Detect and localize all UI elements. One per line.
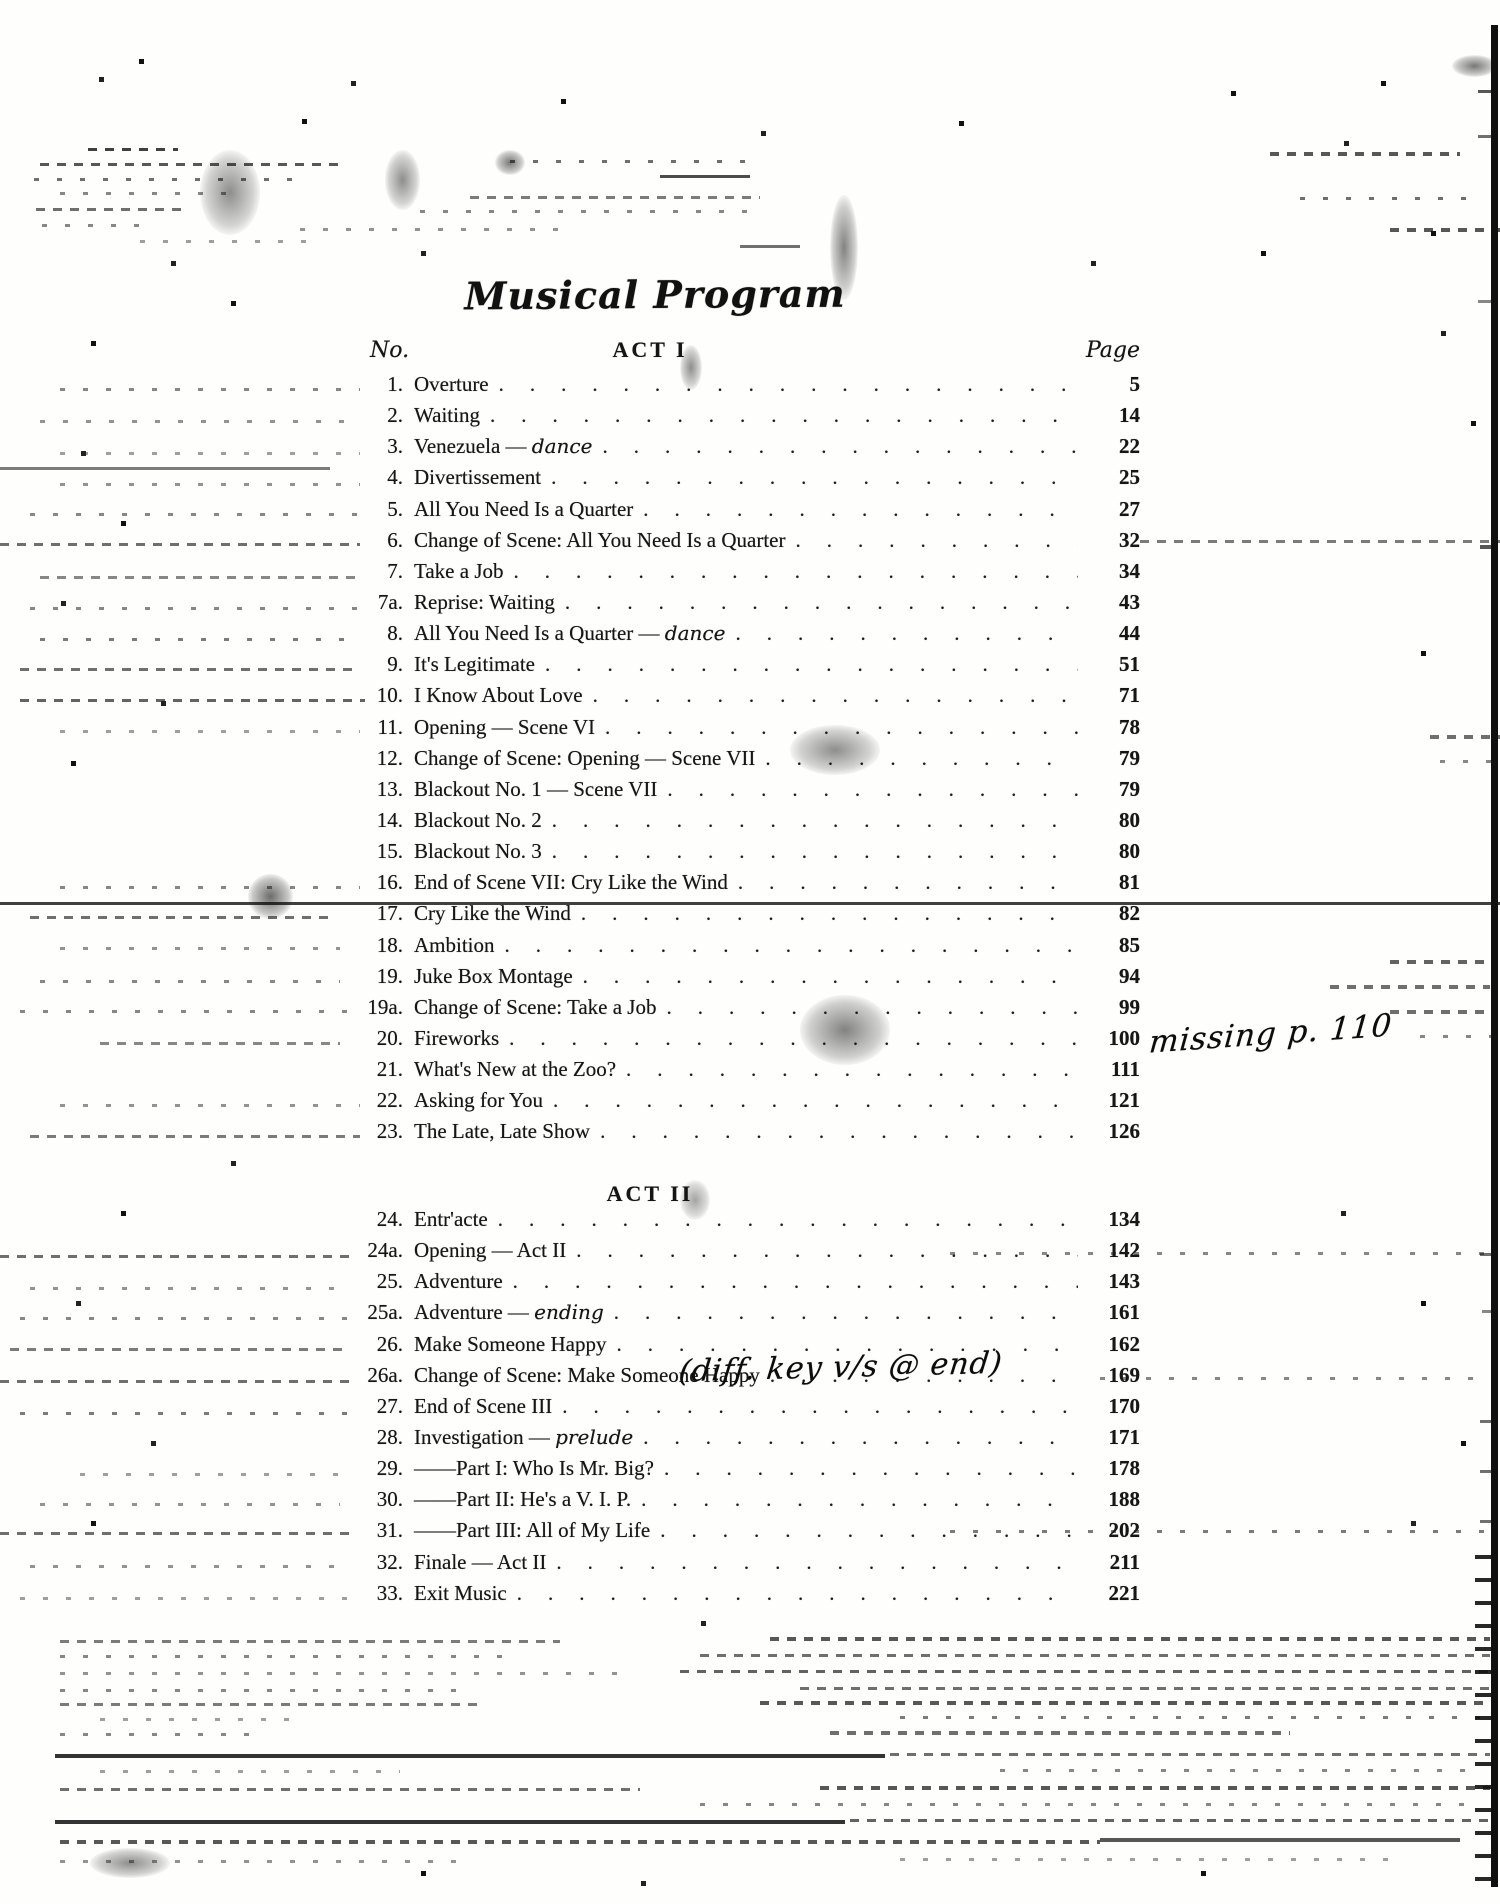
scan-artifact (60, 1640, 560, 1643)
item-page-number: 22 (1078, 434, 1140, 459)
item-title: Fireworks (414, 1026, 499, 1051)
program-row: 9.It's Legitimate.......................… (347, 652, 1140, 683)
item-page-number: 171 (1078, 1425, 1140, 1450)
item-title: Opening — Scene VI (414, 715, 595, 740)
program-row: 4.Divertissement........................… (347, 465, 1140, 496)
dot-leader: ........................................ (551, 465, 1078, 490)
item-number: 26. (347, 1332, 414, 1357)
dot-leader: ........................................ (581, 901, 1078, 926)
item-number: 33. (347, 1581, 414, 1606)
scan-artifact (470, 196, 760, 199)
scan-artifact (20, 668, 360, 671)
item-title: Entr'acte (414, 1207, 488, 1232)
program-row: 13.Blackout No. 1 — Scene VII...........… (347, 777, 1140, 808)
item-title: Make Someone Happy (414, 1332, 606, 1357)
item-title: Cry Like the Wind (414, 901, 571, 926)
item-title: End of Scene III (414, 1394, 552, 1419)
item-page-number: 81 (1078, 870, 1140, 895)
item-number: 17. (347, 901, 414, 926)
scan-artifact (140, 240, 320, 243)
program-row: 30.——Part II: He's a V. I. P............… (347, 1487, 1140, 1518)
program-row: 3.Venezuela — dance.....................… (347, 434, 1140, 465)
scan-artifact (1300, 197, 1470, 200)
scan-artifact (60, 1703, 480, 1706)
dot-leader: ........................................ (735, 621, 1078, 646)
dot-leader: ........................................ (605, 715, 1078, 740)
column-header-number: No. (370, 338, 409, 363)
dot-leader: ........................................ (513, 1269, 1078, 1294)
scan-artifact (1330, 985, 1490, 989)
item-page-number: 162 (1078, 1332, 1140, 1357)
item-number: 2. (347, 403, 414, 428)
item-title: Exit Music (414, 1581, 507, 1606)
item-page-number: 161 (1078, 1300, 1140, 1325)
scan-artifact (890, 1753, 1490, 1756)
scan-artifact (80, 1473, 340, 1476)
item-page-number: 78 (1078, 715, 1140, 740)
scan-artifact (60, 388, 360, 391)
item-page-number: 143 (1078, 1269, 1140, 1294)
scan-artifact (385, 150, 420, 210)
dot-leader: ........................................ (664, 1456, 1078, 1481)
item-number: 16. (347, 870, 414, 895)
scan-artifact (40, 420, 360, 423)
scan-artifact (1480, 1470, 1496, 1473)
item-title: All You Need Is a Quarter (414, 497, 633, 522)
item-page-number: 170 (1078, 1394, 1140, 1419)
scan-artifact (1482, 1310, 1496, 1313)
dot-leader: ........................................ (796, 528, 1079, 553)
scan-artifact (200, 150, 260, 235)
item-number: 7. (347, 559, 414, 584)
item-page-number: 94 (1078, 964, 1140, 989)
program-row: 31.——Part III: All of My Life...........… (347, 1518, 1140, 1549)
scan-artifact (60, 1689, 460, 1692)
dot-leader: ........................................ (499, 372, 1078, 397)
scan-artifact (680, 1670, 1490, 1673)
item-number: 11. (347, 715, 414, 740)
scan-artifact (60, 1672, 620, 1675)
scan-artifact (1390, 1010, 1490, 1014)
program-row: 1.Overture..............................… (347, 372, 1140, 403)
dot-leader: ........................................ (498, 1207, 1078, 1232)
item-number: 20. (347, 1026, 414, 1051)
dot-leader: ........................................ (576, 1238, 1078, 1263)
scan-artifact (1390, 960, 1490, 964)
scan-artifact (248, 874, 293, 919)
program-row: 21.What's New at the Zoo?...............… (347, 1057, 1140, 1088)
dot-leader: ........................................ (593, 683, 1078, 708)
dot-leader: ........................................ (602, 434, 1078, 459)
item-number: 13. (347, 777, 414, 802)
item-page-number: 79 (1078, 777, 1140, 802)
dot-leader: ........................................ (545, 652, 1078, 677)
program-row: 20.Fireworks............................… (347, 1026, 1140, 1057)
scan-artifact (60, 452, 360, 455)
scan-artifact (60, 483, 360, 486)
dot-leader: ........................................ (505, 933, 1078, 958)
scan-artifact (30, 607, 360, 610)
item-number: 6. (347, 528, 414, 553)
item-title: The Late, Late Show (414, 1119, 590, 1144)
item-title: All You Need Is a Quarter — dance (414, 621, 725, 646)
program-row: 10.I Know About Love....................… (347, 683, 1140, 714)
item-number: 7a. (347, 590, 414, 615)
handwritten-annotation: missing p. 110 (1148, 1007, 1394, 1060)
scan-artifact (1140, 540, 1500, 543)
item-title: Reprise: Waiting (414, 590, 555, 615)
scan-artifact (55, 1754, 885, 1758)
scan-artifact (850, 1819, 1490, 1822)
scan-artifact (900, 1716, 1490, 1719)
scan-artifact (1478, 300, 1492, 303)
dot-leader: ........................................ (565, 590, 1078, 615)
item-page-number: 111 (1078, 1057, 1140, 1082)
scan-artifact (1270, 152, 1460, 156)
item-page-number: 71 (1078, 683, 1140, 708)
act2-program-list: 24.Entr'acte............................… (347, 1207, 1140, 1612)
scanned-page: { "document": { "title": "Musical Progra… (0, 0, 1500, 1904)
item-page-number: 80 (1078, 808, 1140, 833)
item-title: Blackout No. 2 (414, 808, 542, 833)
scan-artifact (1480, 1420, 1496, 1423)
item-page-number: 142 (1078, 1238, 1140, 1263)
item-number: 31. (347, 1518, 414, 1543)
item-number: 22. (347, 1088, 414, 1113)
item-number: 5. (347, 497, 414, 522)
dot-leader: ........................................ (667, 777, 1078, 802)
scan-artifact (60, 1788, 640, 1791)
item-title: Blackout No. 1 — Scene VII (414, 777, 657, 802)
item-title: Change of Scene: Take a Job (414, 995, 656, 1020)
document-page: Musical Program No. ACT I Page 1.Overtur… (0, 0, 1500, 1904)
item-number: 14. (347, 808, 414, 833)
item-title: Finale — Act II (414, 1550, 546, 1575)
item-number: 30. (347, 1487, 414, 1512)
scan-artifact (30, 1135, 360, 1138)
program-row: 18.Ambition.............................… (347, 933, 1140, 964)
item-title: Divertissement (414, 465, 541, 490)
program-row: 12.Change of Scene: Opening — Scene VII.… (347, 746, 1140, 777)
scan-artifact (740, 245, 800, 248)
item-number: 21. (347, 1057, 414, 1082)
scan-speckles (0, 0, 3, 3)
item-page-number: 25 (1078, 465, 1140, 490)
scan-artifact (1100, 1838, 1460, 1842)
program-row: 19a.Change of Scene: Take a Job.........… (347, 995, 1140, 1026)
scan-artifact (60, 1840, 1100, 1844)
scan-artifact (510, 160, 760, 163)
scan-artifact (0, 543, 360, 546)
scan-artifact (1420, 1035, 1500, 1038)
scan-artifact (0, 467, 330, 470)
item-title: Investigation — prelude (414, 1425, 633, 1450)
item-number: 10. (347, 683, 414, 708)
item-page-number: 178 (1078, 1456, 1140, 1481)
item-number: 3. (347, 434, 414, 459)
program-row: 33.Exit Music...........................… (347, 1581, 1140, 1612)
item-page-number: 82 (1078, 901, 1140, 926)
item-page-number: 188 (1078, 1487, 1140, 1512)
program-row: 14.Blackout No. 2.......................… (347, 808, 1140, 839)
dot-leader: ........................................ (643, 1425, 1078, 1450)
scan-artifact (700, 1803, 1480, 1806)
item-number: 8. (347, 621, 414, 646)
item-title: Take a Job (414, 559, 504, 584)
dot-leader: ........................................ (553, 1088, 1078, 1113)
scan-artifact (300, 228, 560, 231)
program-row: 5.All You Need Is a Quarter.............… (347, 497, 1140, 528)
scan-artifact (60, 1104, 360, 1107)
scan-artifact (20, 1317, 350, 1320)
item-number: 19a. (347, 995, 414, 1020)
scan-artifact (60, 886, 360, 889)
item-number: 25. (347, 1269, 414, 1294)
item-page-number: 85 (1078, 933, 1140, 958)
scan-artifact (1480, 1520, 1496, 1523)
item-number: 26a. (347, 1363, 414, 1388)
program-row: 29.——Part I: Who Is Mr. Big?............… (347, 1456, 1140, 1487)
dot-leader: ........................................ (643, 497, 1078, 522)
item-page-number: 134 (1078, 1207, 1140, 1232)
item-title: Ambition (414, 933, 495, 958)
scan-artifact (830, 1731, 1290, 1735)
dot-leader: ........................................ (556, 1550, 1078, 1575)
item-page-number: 79 (1078, 746, 1140, 771)
item-page-number: 202 (1078, 1518, 1140, 1543)
scan-artifact (1000, 1769, 1480, 1772)
scan-artifact (660, 175, 750, 178)
scan-artifact (60, 947, 340, 950)
item-title: I Know About Love (414, 683, 583, 708)
dot-leader: ........................................ (514, 559, 1079, 584)
scan-artifact (100, 1718, 300, 1721)
dot-leader: ........................................ (552, 839, 1078, 864)
dot-leader: ........................................ (666, 995, 1078, 1020)
scan-artifact (1491, 25, 1498, 1887)
scan-artifact (800, 1687, 1490, 1690)
dot-leader: ........................................ (562, 1394, 1078, 1419)
item-number: 23. (347, 1119, 414, 1144)
scan-artifact (34, 178, 304, 181)
program-row: 23.The Late, Late Show..................… (347, 1119, 1140, 1150)
act2-heading: ACT II (540, 1181, 760, 1207)
item-page-number: 221 (1078, 1581, 1140, 1606)
scan-artifact (40, 163, 340, 166)
act1-heading: ACT I (540, 337, 760, 363)
dot-leader: ........................................ (509, 1026, 1078, 1051)
item-title: Venezuela — dance (414, 434, 592, 459)
scan-artifact (40, 576, 360, 579)
item-number: 1. (347, 372, 414, 397)
scan-artifact (1480, 1253, 1496, 1256)
dot-leader: ........................................ (600, 1119, 1078, 1144)
scan-artifact (100, 1770, 400, 1773)
scan-artifact (20, 699, 365, 702)
program-row: 28.Investigation — prelude..............… (347, 1425, 1140, 1456)
scan-artifact (30, 1287, 350, 1290)
program-row: 22.Asking for You.......................… (347, 1088, 1140, 1119)
scan-artifact (60, 1733, 260, 1736)
item-title: Overture (414, 372, 489, 397)
item-title: ——Part II: He's a V. I. P. (414, 1487, 631, 1512)
dot-leader: ........................................ (765, 746, 1078, 771)
item-page-number: 44 (1078, 621, 1140, 646)
item-page-number: 32 (1078, 528, 1140, 553)
program-row: 8.All You Need Is a Quarter — dance.....… (347, 621, 1140, 652)
scan-artifact (0, 1380, 355, 1383)
program-row: 24.Entr'acte............................… (347, 1207, 1140, 1238)
program-row: 7.Take a Job............................… (347, 559, 1140, 590)
item-page-number: 100 (1078, 1026, 1140, 1051)
program-row: 26a.Change of Scene: Make Someone Happy.… (347, 1363, 1140, 1394)
item-title: ——Part I: Who Is Mr. Big? (414, 1456, 654, 1481)
scan-artifact (1478, 90, 1492, 93)
program-row: 17.Cry Like the Wind....................… (347, 901, 1140, 932)
item-title: Adventure — ending (414, 1300, 604, 1325)
program-row: 32.Finale — Act II......................… (347, 1550, 1140, 1581)
scan-artifact (1475, 1555, 1491, 1885)
item-page-number: 211 (1078, 1550, 1140, 1575)
item-title: Adventure (414, 1269, 503, 1294)
scan-artifact (30, 513, 360, 516)
program-row: 24a.Opening — Act II....................… (347, 1238, 1140, 1269)
scan-artifact (40, 1503, 340, 1506)
program-row: 2.Waiting...............................… (347, 403, 1140, 434)
item-number: 4. (347, 465, 414, 490)
scan-artifact (40, 980, 340, 983)
scan-artifact (1480, 545, 1496, 549)
dot-leader: ........................................ (490, 403, 1078, 428)
item-page-number: 5 (1078, 372, 1140, 397)
act1-program-list: 1.Overture..............................… (347, 372, 1140, 1151)
item-number: 25a. (347, 1300, 414, 1325)
item-number: 15. (347, 839, 414, 864)
column-header-page: Page (1040, 338, 1140, 363)
scan-artifact (55, 1820, 845, 1824)
item-page-number: 99 (1078, 995, 1140, 1020)
item-title: It's Legitimate (414, 652, 535, 677)
program-row: 16.End of Scene VII: Cry Like the Wind..… (347, 870, 1140, 901)
item-number: 24a. (347, 1238, 414, 1263)
item-page-number: 27 (1078, 497, 1140, 522)
item-title: Juke Box Montage (414, 964, 573, 989)
scan-artifact (30, 1565, 350, 1568)
scan-artifact (20, 1412, 360, 1415)
item-title: Change of Scene: Opening — Scene VII (414, 746, 755, 771)
item-number: 18. (347, 933, 414, 958)
scan-artifact (60, 730, 360, 733)
dot-leader: ........................................ (626, 1057, 1078, 1082)
item-title: Asking for You (414, 1088, 543, 1113)
item-page-number: 169 (1078, 1363, 1140, 1388)
scan-artifact (36, 208, 186, 211)
scan-artifact (1430, 735, 1500, 739)
item-page-number: 43 (1078, 590, 1140, 615)
item-number: 32. (347, 1550, 414, 1575)
scan-artifact (760, 1701, 1490, 1705)
scan-artifact (100, 1042, 340, 1045)
scan-artifact (495, 150, 525, 175)
item-title: Waiting (414, 403, 480, 428)
item-title: Blackout No. 3 (414, 839, 542, 864)
dot-leader: ........................................ (660, 1518, 1078, 1543)
scan-artifact (900, 1858, 1400, 1861)
scan-artifact (1100, 1377, 1500, 1380)
program-row: 25a.Adventure — ending..................… (347, 1300, 1140, 1331)
program-row: 27.End of Scene III.....................… (347, 1394, 1140, 1425)
item-page-number: 14 (1078, 403, 1140, 428)
dot-leader: ........................................ (641, 1487, 1078, 1512)
item-page-number: 34 (1078, 559, 1140, 584)
item-number: 28. (347, 1425, 414, 1450)
item-title: ——Part III: All of My Life (414, 1518, 650, 1543)
scan-artifact (30, 916, 330, 919)
scan-artifact (770, 1637, 1490, 1641)
item-number: 12. (347, 746, 414, 771)
item-title: End of Scene VII: Cry Like the Wind (414, 870, 728, 895)
program-row: 11.Opening — Scene VI...................… (347, 715, 1140, 746)
dot-leader: ........................................ (738, 870, 1078, 895)
scan-artifact (1390, 228, 1500, 232)
item-page-number: 51 (1078, 652, 1140, 677)
dot-leader: ........................................ (552, 808, 1078, 833)
scan-artifact (10, 1348, 350, 1351)
dot-leader: ........................................ (517, 1581, 1078, 1606)
item-number: 19. (347, 964, 414, 989)
dot-leader: ........................................ (614, 1300, 1078, 1325)
item-page-number: 126 (1078, 1119, 1140, 1144)
program-row: 7a.Reprise: Waiting.....................… (347, 590, 1140, 621)
scan-artifact (700, 1654, 1490, 1657)
scan-artifact (60, 1655, 520, 1658)
scan-artifact (820, 1786, 1490, 1790)
item-title: Change of Scene: All You Need Is a Quart… (414, 528, 786, 553)
program-row: 6.Change of Scene: All You Need Is a Qua… (347, 528, 1140, 559)
scan-artifact (1478, 135, 1492, 138)
dot-leader: ........................................ (583, 964, 1078, 989)
scan-artifact (40, 638, 360, 641)
scan-artifact (0, 1255, 350, 1258)
scan-artifact (20, 1597, 350, 1600)
scan-artifact (88, 148, 178, 151)
program-row: 25.Adventure............................… (347, 1269, 1140, 1300)
program-row: 19.Juke Box Montage.....................… (347, 964, 1140, 995)
scan-artifact (0, 1532, 355, 1535)
item-title: Opening — Act II (414, 1238, 566, 1263)
page-title: Musical Program (440, 270, 870, 318)
item-page-number: 121 (1078, 1088, 1140, 1113)
item-page-number: 80 (1078, 839, 1140, 864)
item-number: 27. (347, 1394, 414, 1419)
scan-artifact (42, 224, 152, 227)
item-number: 9. (347, 652, 414, 677)
item-title: What's New at the Zoo? (414, 1057, 616, 1082)
scan-artifact (420, 210, 760, 213)
item-number: 24. (347, 1207, 414, 1232)
scan-artifact (90, 1848, 170, 1878)
item-number: 29. (347, 1456, 414, 1481)
program-row: 15.Blackout No. 3.......................… (347, 839, 1140, 870)
scan-artifact (20, 1010, 360, 1013)
